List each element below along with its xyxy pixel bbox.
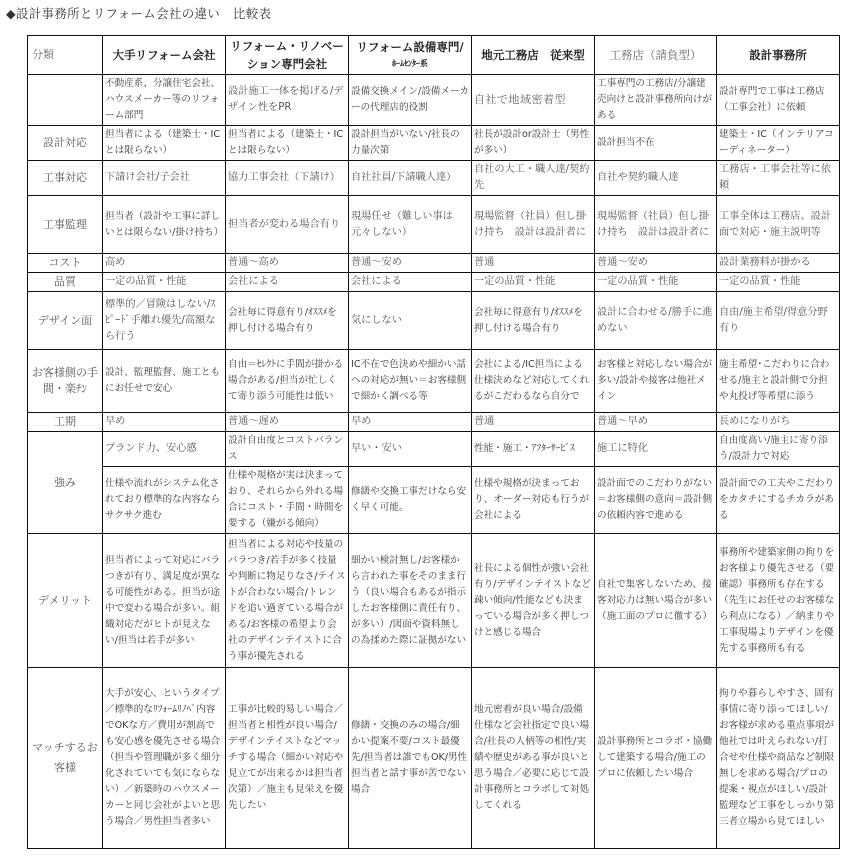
table-cell: 設計自由度とコストバランス bbox=[226, 432, 349, 467]
row-category bbox=[28, 75, 103, 126]
table-cell: 社長が設計or設計士（男性が多い） bbox=[472, 126, 595, 161]
table-cell: 会社毎に得意有り/ｵｽｽﾒを押し付ける場合有り bbox=[472, 292, 595, 350]
table-cell: 高め bbox=[103, 254, 226, 273]
table-cell: 修繕・交換のみの場合/細かい提案不要/コスト最優先/担当者は誰でもOK/男性担当… bbox=[349, 668, 472, 849]
table-row: 仕様や流れがシステム化されており標準的な内容ならサクサク進む 仕様や規格が実は決… bbox=[28, 467, 840, 534]
row-category: 工事対応 bbox=[28, 161, 103, 196]
table-row: デメリット 担当者によって対応にバラつきが有り、満足度が異なる可能性がある。担当… bbox=[28, 534, 840, 668]
header-col-design-office: 設計事務所 bbox=[717, 36, 840, 75]
table-cell: 設計担当がいない/社長の力量次第 bbox=[349, 126, 472, 161]
row-category: マッチするお客様 bbox=[28, 668, 103, 849]
table-cell: 一定の品質・性能 bbox=[103, 273, 226, 292]
table-cell: 仕様や規格が決まっており、オーダー対応も行うが会社による bbox=[472, 467, 595, 534]
row-category: デザイン面 bbox=[28, 292, 103, 350]
table-row: 工期 早め 普通～遅め 早め 普通 普通～早め 長めになりがち bbox=[28, 413, 840, 432]
table-cell: 普通～遅め bbox=[226, 413, 349, 432]
table-cell: 自社社員/下請職人達） bbox=[349, 161, 472, 196]
table-row: 工事監理 担当者（設計や工事に詳しいとは限らない/掛け持ち） 担当者が変わる場合… bbox=[28, 196, 840, 254]
row-category: コスト bbox=[28, 254, 103, 273]
row-category: デメリット bbox=[28, 534, 103, 668]
table-cell: 会社による bbox=[226, 273, 349, 292]
table-cell: 設計、監理監督、施工ともにお任せで安心 bbox=[103, 350, 226, 413]
header-col-contract-builder: 工務店（請負型） bbox=[595, 36, 717, 75]
table-cell: 協力工事会社（下請け） bbox=[226, 161, 349, 196]
header-row: 分類 大手リフォーム会社 リフォーム・リノベーション専門会社 リフォーム設備専門… bbox=[28, 36, 840, 75]
table-cell: 仕様や規格が実は決まっており、それらから外れる場合にコスト・手間・時間を要する（… bbox=[226, 467, 349, 534]
table-cell: 社長による個性が強い会社有り/デザインテイストなど疎い傾向/性能なども決まってい… bbox=[472, 534, 595, 668]
table-cell: 自社で集客しないため、接客対応力は無い場合が多い（施工面のプロに徹する） bbox=[595, 534, 717, 668]
table-cell: 設備交換メイン/設備メーカーの代理店的役割 bbox=[349, 75, 472, 126]
table-cell: 工務店・工事会社等に依頼 bbox=[717, 161, 840, 196]
table-cell: 設計事務所とコラボ・協働して建築する場合/施工のプロに依頼したい場合 bbox=[595, 668, 717, 849]
table-cell: 現場監督（社員）但し掛け持ち 設計は設計者に bbox=[595, 196, 717, 254]
table-cell: 設計専門で工事は工務店（工事会社）に依頼 bbox=[717, 75, 840, 126]
table-cell: 早め bbox=[349, 413, 472, 432]
table-cell: 会社毎に得意有り/ｵｽｽﾒを押し付ける場合有り bbox=[226, 292, 349, 350]
table-cell: 工事が比較的易しい場合／担当者と相性が良い場合/デザインテイストなどマッチする場… bbox=[226, 668, 349, 849]
table-cell: 施主希望･こだわりに合わせる/施主と設計側で分担や丸投げ等希望に添う bbox=[717, 350, 840, 413]
table-cell: 普通～早め bbox=[595, 413, 717, 432]
table-row: 品質 一定の品質・性能 会社による 会社による 一定の品質・性能 一定の品質・性… bbox=[28, 273, 840, 292]
table-cell: 一定の品質・性能 bbox=[472, 273, 595, 292]
table-cell: 事務所や建築家側の拘りをお客様より優先させる（要確認）事務所も存在する（先生にお… bbox=[717, 534, 840, 668]
table-cell: 下請け会社/子会社 bbox=[103, 161, 226, 196]
table-cell: IC不在で色決めや細かい話への対応が無い＝お客様側で細かく調べる等 bbox=[349, 350, 472, 413]
table-cell: 工事全体は工務店、設計面で対応・施主説明等 bbox=[717, 196, 840, 254]
table-row: コスト 高め 普通～高め 普通～安め 普通 普通～安め 設計業務料が掛かる bbox=[28, 254, 840, 273]
table-cell: 早め bbox=[103, 413, 226, 432]
table-cell: 施工に特化 bbox=[595, 432, 717, 467]
table-cell: 細かい検討無し/お客様から言われた事をそのまま行う（良い場合もあるが指示したお客… bbox=[349, 534, 472, 668]
table-cell: 標準的／冒険はしない/ｽﾋﾟｰﾄﾞ手離れ優先/高額なら行う bbox=[103, 292, 226, 350]
table-cell: 現場任せ（難しい事は元々しない） bbox=[349, 196, 472, 254]
table-cell: 自社の大工・職人達/契約先 bbox=[472, 161, 595, 196]
header-col-renovation: リフォーム・リノベーション専門会社 bbox=[226, 36, 349, 75]
table-row: お客様側の手間・楽ﾁﾝ 設計、監理監督、施工ともにお任せで安心 自由＝ｾﾚｸﾄに… bbox=[28, 350, 840, 413]
table-cell: 普通 bbox=[472, 254, 595, 273]
table-cell: 現場監督（社員）但し掛け持ち 設計は設計者に bbox=[472, 196, 595, 254]
header-col-local-builder: 地元工務店 従来型 bbox=[472, 36, 595, 75]
table-cell: お客様と対応しない場合が多い/設計や接客は他社メイン bbox=[595, 350, 717, 413]
row-category: お客様側の手間・楽ﾁﾝ bbox=[28, 350, 103, 413]
table-cell: 設計施工一体を掲げる/デザイン性をPR bbox=[226, 75, 349, 126]
table-row: デザイン面 標準的／冒険はしない/ｽﾋﾟｰﾄﾞ手離れ優先/高額なら行う 会社毎に… bbox=[28, 292, 840, 350]
table-cell: 気にしない bbox=[349, 292, 472, 350]
table-cell: 担当者による（建築士・ICとは限らない） bbox=[226, 126, 349, 161]
table-cell: 会社による/IC担当による仕様決めなど対応してくれるがこだわるなら自分で bbox=[472, 350, 595, 413]
table-cell: 早い・安い bbox=[349, 432, 472, 467]
header-category: 分類 bbox=[28, 36, 103, 75]
row-category: 設計対応 bbox=[28, 126, 103, 161]
table-cell: 不動産系、分譲住宅会社、ハウスメーカー等のリフォーム部門 bbox=[103, 75, 226, 126]
table-row: マッチするお客様 大手が安心、というタイプ／標準的なﾘﾌｫｰﾑﾘﾉﾍﾞ内容でOK… bbox=[28, 668, 840, 849]
table-cell: 普通 bbox=[472, 413, 595, 432]
page-title: ◆設計事務所とリフォーム会社の違い 比較表 bbox=[6, 4, 271, 22]
table-row: 設計対応 担当者による（建築士・ICとは限らない） 担当者による（建築士・ICと… bbox=[28, 126, 840, 161]
table-cell: 担当者が変わる場合有り bbox=[226, 196, 349, 254]
row-category: 工期 bbox=[28, 413, 103, 432]
row-category: 品質 bbox=[28, 273, 103, 292]
table-cell: 自社や契約職人達 bbox=[595, 161, 717, 196]
table-cell: 普通～安め bbox=[595, 254, 717, 273]
table-cell: 会社による bbox=[349, 273, 472, 292]
table-cell: 担当者（設計や工事に詳しいとは限らない/掛け持ち） bbox=[103, 196, 226, 254]
table-cell: 地元密着が良い場合/設備仕様など会社指定で良い場合/社長の人柄等の相性/実績や歴… bbox=[472, 668, 595, 849]
table-cell: 設計面での工夫やこだわりをカタチにするチカラがある bbox=[717, 467, 840, 534]
table-row: 工事対応 下請け会社/子会社 協力工事会社（下請け） 自社社員/下請職人達） 自… bbox=[28, 161, 840, 196]
row-category: 強み bbox=[28, 432, 103, 534]
table-cell: 工事専門の工務店/分譲建売向けと設計事務所向けがある bbox=[595, 75, 717, 126]
table-cell: ブランド力、安心感 bbox=[103, 432, 226, 467]
table-cell: 大手が安心、というタイプ／標準的なﾘﾌｫｰﾑﾘﾉﾍﾞ内容でOKな方／費用が割高で… bbox=[103, 668, 226, 849]
table-cell: 拘りや暮らしやすさ、固有事情に寄り添ってほしい/お客様が求める重点事項が他社では… bbox=[717, 668, 840, 849]
table-cell: 担当者によって対応にバラつきが有り、満足度が異なる可能性がある。担当が途中で変わ… bbox=[103, 534, 226, 668]
table-cell: 設計業務料が掛かる bbox=[717, 254, 840, 273]
table-cell: 普通～安め bbox=[349, 254, 472, 273]
table-cell: 一定の品質・性能 bbox=[717, 273, 840, 292]
table-row: 強み ブランド力、安心感 設計自由度とコストバランス 早い・安い 性能・施工・ｱ… bbox=[28, 432, 840, 467]
table-cell: 担当者による対応や技量のバラつき/若手が多く技量や判断に物足りなさ/テイストが合… bbox=[226, 534, 349, 668]
table-cell: 一定の品質・性能 bbox=[595, 273, 717, 292]
table-cell: 修繕や交換工事だけなら安く早く可能。 bbox=[349, 467, 472, 534]
table-cell: 設計面でのこだわりがない＝お客様側の意向＝設計側の依頼内容で進める bbox=[595, 467, 717, 534]
table-row: 不動産系、分譲住宅会社、ハウスメーカー等のリフォーム部門 設計施工一体を掲げる/… bbox=[28, 75, 840, 126]
row-category: 工事監理 bbox=[28, 196, 103, 254]
table-cell: 自由度高い/施主に寄り添う/設計力で対応 bbox=[717, 432, 840, 467]
table-cell: 建築士・IC（インテリアコーディネーター） bbox=[717, 126, 840, 161]
table-cell: 自由/施主希望/得意分野有り bbox=[717, 292, 840, 350]
table-cell: 長めになりがち bbox=[717, 413, 840, 432]
table-cell: 自由＝ｾﾚｸﾄに手間が掛かる場合がある/担当が忙しくて寄り添う可能性は低い bbox=[226, 350, 349, 413]
table-cell: 仕様や流れがシステム化されており標準的な内容ならサクサク進む bbox=[103, 467, 226, 534]
table-cell: 設計に合わせる/勝手に進めない bbox=[595, 292, 717, 350]
table-cell: 自社で地域密着型 bbox=[472, 75, 595, 126]
table-cell: 担当者による（建築士・ICとは限らない） bbox=[103, 126, 226, 161]
header-col-equipment: リフォーム設備専門/ﾎｰﾑｾﾝﾀｰ系 bbox=[349, 36, 472, 75]
table-cell: 設計担当不在 bbox=[595, 126, 717, 161]
comparison-table: 分類 大手リフォーム会社 リフォーム・リノベーション専門会社 リフォーム設備専門… bbox=[27, 35, 840, 849]
table-cell: 性能・施工・ｱﾌﾀｰｻｰﾋﾞｽ bbox=[472, 432, 595, 467]
table-cell: 普通～高め bbox=[226, 254, 349, 273]
header-col-major-reform: 大手リフォーム会社 bbox=[103, 36, 226, 75]
